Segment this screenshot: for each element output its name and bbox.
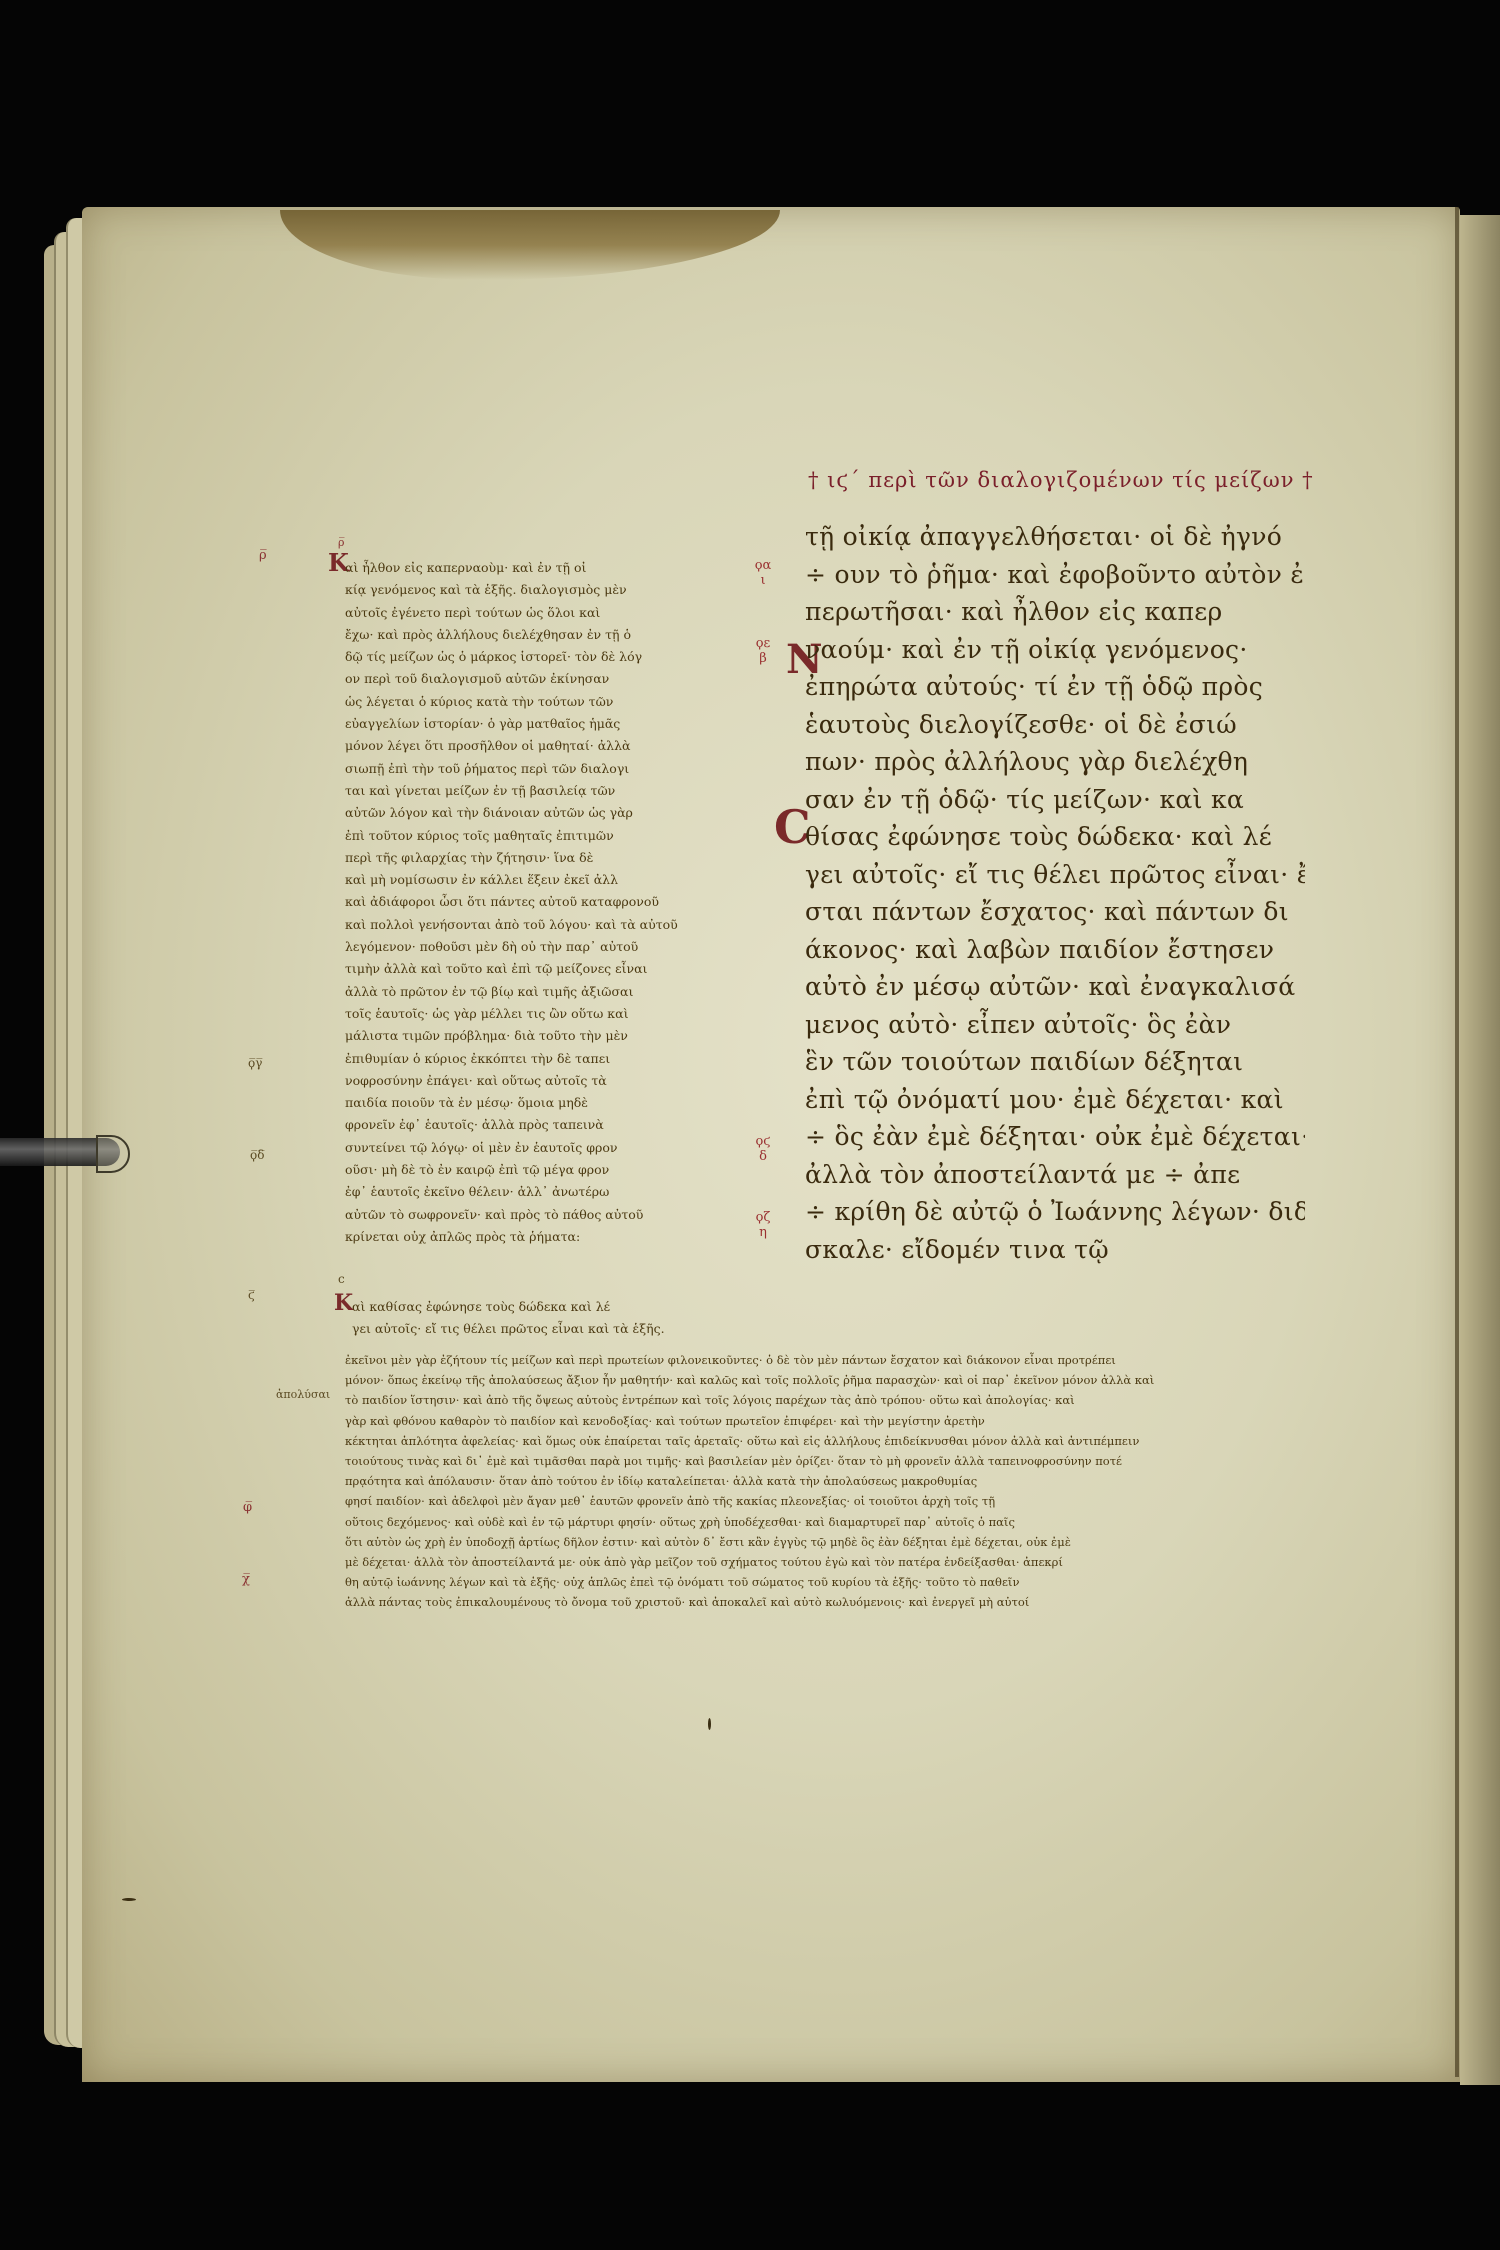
canon-number: ϙα	[750, 558, 776, 573]
canon-mark-1: ϙα ι	[750, 558, 776, 588]
main-line-3: περωτῆσαι· καὶ ἦλθον εἰς καπερ	[805, 593, 1305, 631]
canon-table: β	[750, 651, 776, 666]
facing-page-edge	[1460, 215, 1500, 2085]
commentary-column: αὶ ἦλθον εἰς καπερναοὺμ· καὶ ἐν τῇ οἰ κί…	[345, 557, 730, 1248]
commentary-block-line: φησί παιδίον· καὶ ἀδελφοὶ μὲν ἄγαν μεθ᾽ …	[345, 1491, 1405, 1511]
commentary-line: καὶ πολλοὶ γενήσονται ἀπὸ τοῦ λόγου· καὶ…	[345, 914, 730, 936]
main-line-10: γει αὐτοῖς· εἴ τις θέλει πρῶτος εἶναι· ἔ	[805, 856, 1305, 894]
main-line-4: ναούμ· καὶ ἐν τῇ οἰκίᾳ γενόμενος·	[805, 631, 1305, 669]
commentary-line: ἐπιθυμίαν ὁ κύριος ἐκκόπτει τὴν δὲ ταπει	[345, 1048, 730, 1070]
gutter-fold	[1455, 207, 1459, 2077]
commentary-line: ἀλλὰ τὸ πρῶτον ἐν τῷ βίῳ καὶ τιμῆς ἀξιῶσ…	[345, 981, 730, 1003]
commentary-lemma-line: γει αὐτοῖς· εἴ τις θέλει πρῶτος εἶναι κα…	[352, 1318, 792, 1340]
margin-note-red: ρ̅	[338, 536, 344, 549]
margin-note-red: ρ̅	[259, 548, 267, 563]
main-line-8: σαν ἐν τῇ ὁδῷ· τίς μείζων· καὶ κα	[805, 781, 1305, 819]
main-line-20: σκαλε· εἴδομέν τινα τῷ	[805, 1231, 1305, 1269]
commentary-line: κρίνεται οὐχ ἀπλῶς πρὸς τὰ ῥήματα:	[345, 1226, 730, 1248]
commentary-line: ἔχω· καὶ πρὸς ἀλλήλους διελέχθησαν ἐν τῇ…	[345, 624, 730, 646]
commentary-block-line: κέκτηται ἁπλότητα ἀφελείας· καὶ ὅμως οὐκ…	[345, 1431, 1405, 1451]
commentary-line: νοφροσύνην ἐπάγει· καὶ οὕτως αὐτοῖς τὰ	[345, 1070, 730, 1092]
canon-number: ϙε	[750, 636, 776, 651]
commentary-initial-K-2: Κ	[334, 1290, 353, 1316]
canon-mark-4: ϙζ η	[750, 1210, 776, 1240]
commentary-line: περὶ τῆς φιλαρχίας τὴν ζήτησιν· ἵνα δὲ	[345, 847, 730, 869]
main-line-2: ÷ ουν τὸ ῥῆμα· καὶ ἐφοβοῦντο αὐτὸν ἐ	[805, 556, 1305, 594]
commentary-block-line: τὸ παιδίον ἵστησιν· καὶ ἀπὸ τῆς ὄψεως αὐ…	[345, 1390, 1405, 1410]
commentary-line: ἐφ᾽ ἑαυτοῖς ἐκεῖνο θέλειν· ἀλλ᾽ ἀνωτέρω	[345, 1181, 730, 1203]
canon-table: δ	[750, 1149, 776, 1164]
commentary-line: ἐπὶ τοῦτον κύριος τοῖς μαθηταῖς ἐπιτιμῶν	[345, 825, 730, 847]
commentary-block-line: μόνον· ὅπως ἐκείνῳ τῆς ἀπολαύσεως ἄξιον …	[345, 1370, 1405, 1390]
commentary-line: οῦσι· μὴ δὲ τὸ ἐν καιρῷ ἐπὶ τῷ μέγα φρον	[345, 1159, 730, 1181]
main-line-14: μενος αὐτὸ· εἶπεν αὐτοῖς· ὃς ἐὰν	[805, 1006, 1305, 1044]
commentary-lemma: αὶ καθίσας ἐφώνησε τοὺς δώδεκα καὶ λέ γε…	[352, 1296, 792, 1341]
main-line-7: πων· πρὸς ἀλλήλους γὰρ διελέχθη	[805, 743, 1305, 781]
commentary-block-line: μὲ δέχεται· ἀλλὰ τὸν ἀποστείλαντά με· οὐ…	[345, 1552, 1405, 1572]
main-text-column: τῇ οἰκίᾳ ἀπαγγελθήσεται· οἱ δὲ ἠγνό ÷ ου…	[805, 518, 1305, 1268]
ink-mark	[708, 1718, 711, 1730]
canon-table: ι	[750, 573, 776, 588]
ink-mark	[122, 1898, 136, 1901]
commentary-line: τιμὴν ἀλλὰ καὶ τοῦτο καὶ ἐπὶ τῷ μείζονες…	[345, 958, 730, 980]
commentary-line: ον περὶ τοῦ διαλογισμοῦ αὐτῶν ἐκίνησαν	[345, 668, 730, 690]
margin-gloss: ἀπολύσαι	[276, 1388, 330, 1401]
commentary-line: ὡς λέγεται ὁ κύριος κατὰ τὴν τούτων τῶν	[345, 691, 730, 713]
main-line-11: σται πάντων ἔσχατος· καὶ πάντων δι	[805, 893, 1305, 931]
canon-number: ϙϛ	[750, 1134, 776, 1149]
margin-note-red: χ̅	[242, 1572, 250, 1587]
main-line-19: ÷ κρίθη δὲ αὐτῷ ὁ Ἰωάννης λέγων· διδά	[805, 1193, 1305, 1231]
commentary-line: λεγόμενον· ποθοῦσι μὲν δὴ οὐ τὴν παρ᾽ αὐ…	[345, 936, 730, 958]
main-line-6: ἑαυτοὺς διελογίζεσθε· οἱ δὲ ἐσιώ	[805, 706, 1305, 744]
margin-note-ink: ϙ̅γ̅	[248, 1056, 262, 1070]
main-line-16: ἐπὶ τῷ ὀνόματί μου· ἐμὲ δέχεται· καὶ	[805, 1081, 1305, 1119]
canon-mark-2: ϙε β	[750, 636, 776, 666]
commentary-line: σιωπῇ ἐπὶ τὴν τοῦ ῥήματος περὶ τῶν διαλο…	[345, 758, 730, 780]
canon-table: η	[750, 1225, 776, 1240]
main-line-13: αὐτὸ ἐν μέσῳ αὐτῶν· καὶ ἐναγκαλισά	[805, 968, 1305, 1006]
canon-mark-3: ϙϛ δ	[750, 1134, 776, 1164]
commentary-line: αὐτῶν λόγον καὶ τὴν διάνοιαν αὐτῶν ὡς γὰ…	[345, 802, 730, 824]
margin-note-ink: c	[338, 1272, 345, 1286]
commentary-block: ἐκεῖνοι μὲν γὰρ ἐζήτουν τίς μείζων καὶ π…	[345, 1350, 1405, 1612]
commentary-line: δῷ τίς μείζων ὡς ὁ μάρκος ἱστορεῖ· τὸν δ…	[345, 646, 730, 668]
margin-note-red: φ̅	[243, 1500, 252, 1515]
commentary-block-line: τοιούτους τινὰς καὶ δι᾽ ἐμὲ καὶ τιμᾶσθαι…	[345, 1451, 1405, 1471]
commentary-block-line: γὰρ καὶ φθόνου καθαρὸν τὸ παιδίον καὶ κε…	[345, 1411, 1405, 1431]
commentary-line: αὐτῶν τὸ σωφρονεῖν· καὶ πρὸς τὸ πάθος αὐ…	[345, 1204, 730, 1226]
commentary-line: εὐαγγελίων ἱστορίαν· ὁ γὰρ ματθαῖος ἡμᾶς	[345, 713, 730, 735]
commentary-block-line: ἀλλὰ πάντας τοὺς ἐπικαλουμένους τὸ ὄνομα…	[345, 1592, 1405, 1612]
commentary-block-line: θη αὐτῷ ἰωάννης λέγων καὶ τὰ ἑξῆς· οὐχ ἁ…	[345, 1572, 1405, 1592]
margin-note-ink: ϙ̅δ̅	[250, 1148, 264, 1162]
commentary-block-line: ὅτι αὐτὸν ὡς χρὴ ἐν ὑποδοχῇ ἀρτίως δῆλον…	[345, 1532, 1405, 1552]
main-line-15: ἓν τῶν τοιούτων παιδίων δέξηται	[805, 1043, 1305, 1081]
commentary-block-line: οὕτοις δεχόμενος· καὶ οὐδὲ καὶ ἐν τῷ μάρ…	[345, 1512, 1405, 1532]
commentary-line: αὶ ἦλθον εἰς καπερναοὺμ· καὶ ἐν τῇ οἰ	[345, 557, 730, 579]
commentary-line: φρονεῖν ἐφ᾽ ἑαυτοῖς· ἀλλὰ πρὸς ταπεινὰ	[345, 1114, 730, 1136]
background-below-leaf	[0, 2085, 1500, 2250]
main-line-17: ÷ ὃς ἐὰν ἐμὲ δέξηται· οὐκ ἐμὲ δέχεται·	[805, 1118, 1305, 1156]
commentary-line: συντείνει τῷ λόγῳ· οἱ μὲν ἐν ἑαυτοῖς φρο…	[345, 1137, 730, 1159]
commentary-lemma-line: αὶ καθίσας ἐφώνησε τοὺς δώδεκα καὶ λέ	[352, 1296, 792, 1318]
commentary-line: παιδία ποιοῦν τὰ ἐν μέσῳ· ὅμοια μηδὲ	[345, 1092, 730, 1114]
main-line-18: ἀλλὰ τὸν ἀποστείλαντά με ÷ ἀπε	[805, 1156, 1305, 1194]
canon-number: ϙζ	[750, 1210, 776, 1225]
main-line-1: τῇ οἰκίᾳ ἀπαγγελθήσεται· οἱ δὲ ἠγνό	[805, 518, 1305, 556]
main-line-9: θίσας ἐφώνησε τοὺς δώδεκα· καὶ λέ	[805, 818, 1305, 856]
commentary-line: κίᾳ γενόμενος καὶ τὰ ἑξῆς. διαλογισμὸς μ…	[345, 579, 730, 601]
commentary-line: τοῖς ἑαυτοῖς· ὡς γὰρ μέλλει τις ὢν οὕτω …	[345, 1003, 730, 1025]
commentary-line: καὶ ἀδιάφοροι ὦσι ὅτι πάντες αὐτοῦ καταφ…	[345, 891, 730, 913]
main-line-5: ἐπηρώτα αὐτούς· τί ἐν τῇ ὁδῷ πρὸς	[805, 668, 1305, 706]
commentary-line: καὶ μὴ νομίσωσιν ἐν κάλλει ἕξειν ἐκεῖ ἀλ…	[345, 869, 730, 891]
commentary-block-line: ἐκεῖνοι μὲν γὰρ ἐζήτουν τίς μείζων καὶ π…	[345, 1350, 1405, 1370]
main-line-12: άκονος· καὶ λαβὼν παιδίον ἔστησεν	[805, 931, 1305, 969]
commentary-line: μάλιστα τιμῶν πρόβλημα· διὰ τοῦτο τὴν μὲ…	[345, 1025, 730, 1047]
commentary-line: μόνον λέγει ὅτι προσῆλθον οἱ μαθηταί· ἀλ…	[345, 735, 730, 757]
rubric-heading: † ιϛ΄ περὶ τῶν διαλογιζομένων τίς μείζων…	[808, 468, 1308, 492]
commentary-block-line: πρᾳότητα καὶ ἀπόλαυσιν· ὅταν ἀπὸ τούτου …	[345, 1471, 1405, 1491]
margin-note-ink: ϛ̅	[248, 1288, 255, 1302]
commentary-line: αὐτοῖς ἐγένετο περὶ τούτων ὡς ὅλοι καὶ	[345, 602, 730, 624]
commentary-line: ται καὶ γίνεται μείζων ἐν τῇ βασιλείᾳ τῶ…	[345, 780, 730, 802]
